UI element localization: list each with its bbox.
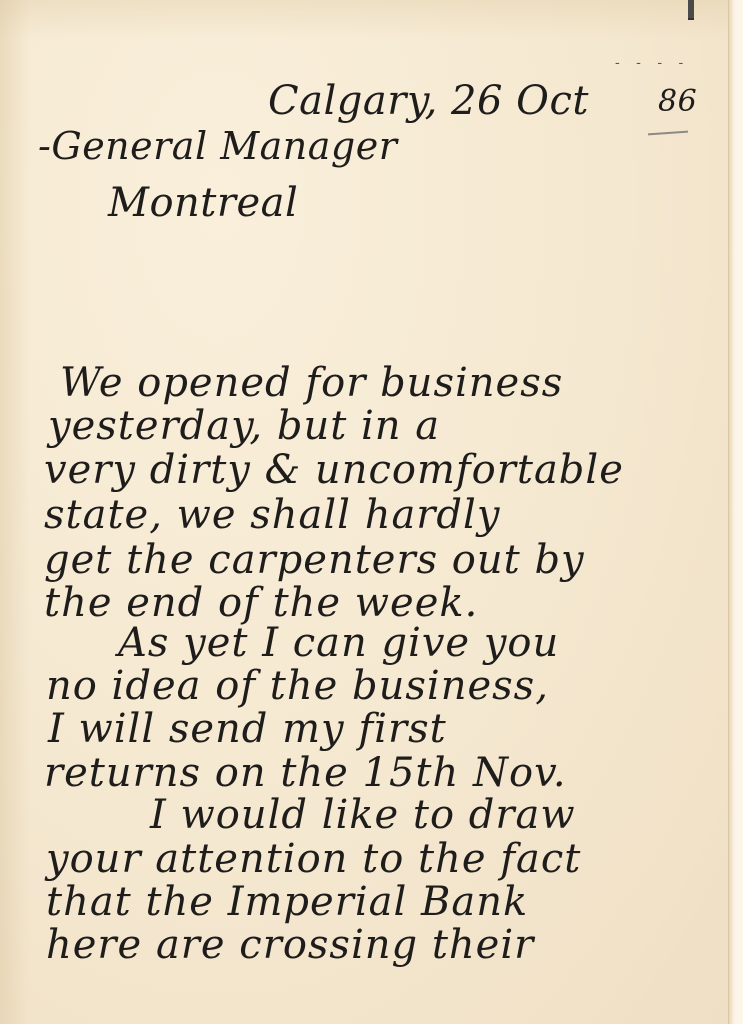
dash-marks: - - - - [615,55,689,71]
scan-shadow-left [0,0,30,1024]
body-line: I would like to draw [150,792,576,838]
recipient-title: -General Manager [38,124,397,168]
body-line: that the Imperial Bank [46,879,528,925]
body-line: no idea of the business, [46,663,549,709]
letter-page: - - - - Calgary, 26 Oct 86 -General Mana… [0,0,728,1024]
body-line: I will send my first [48,706,447,752]
recipient-city: Montreal [108,180,298,226]
year: 86 [658,84,697,119]
place-date: Calgary, 26 Oct [268,78,589,124]
body-line: yesterday, but in a [48,403,440,449]
body-line: very dirty & uncomfortable [44,447,624,493]
scan-shadow-top [0,0,728,40]
binding-mark [688,0,694,20]
body-line: As yet I can give you [118,620,559,666]
body-line: We opened for business [60,360,563,406]
page-edge [728,0,743,1024]
body-line: here are crossing their [46,922,534,968]
body-line: returns on the 15th Nov. [44,750,567,796]
year-underline [648,131,688,136]
body-line: state, we shall hardly [44,492,500,538]
body-line: get the carpenters out by [44,537,585,583]
body-line: your attention to the fact [46,836,581,882]
